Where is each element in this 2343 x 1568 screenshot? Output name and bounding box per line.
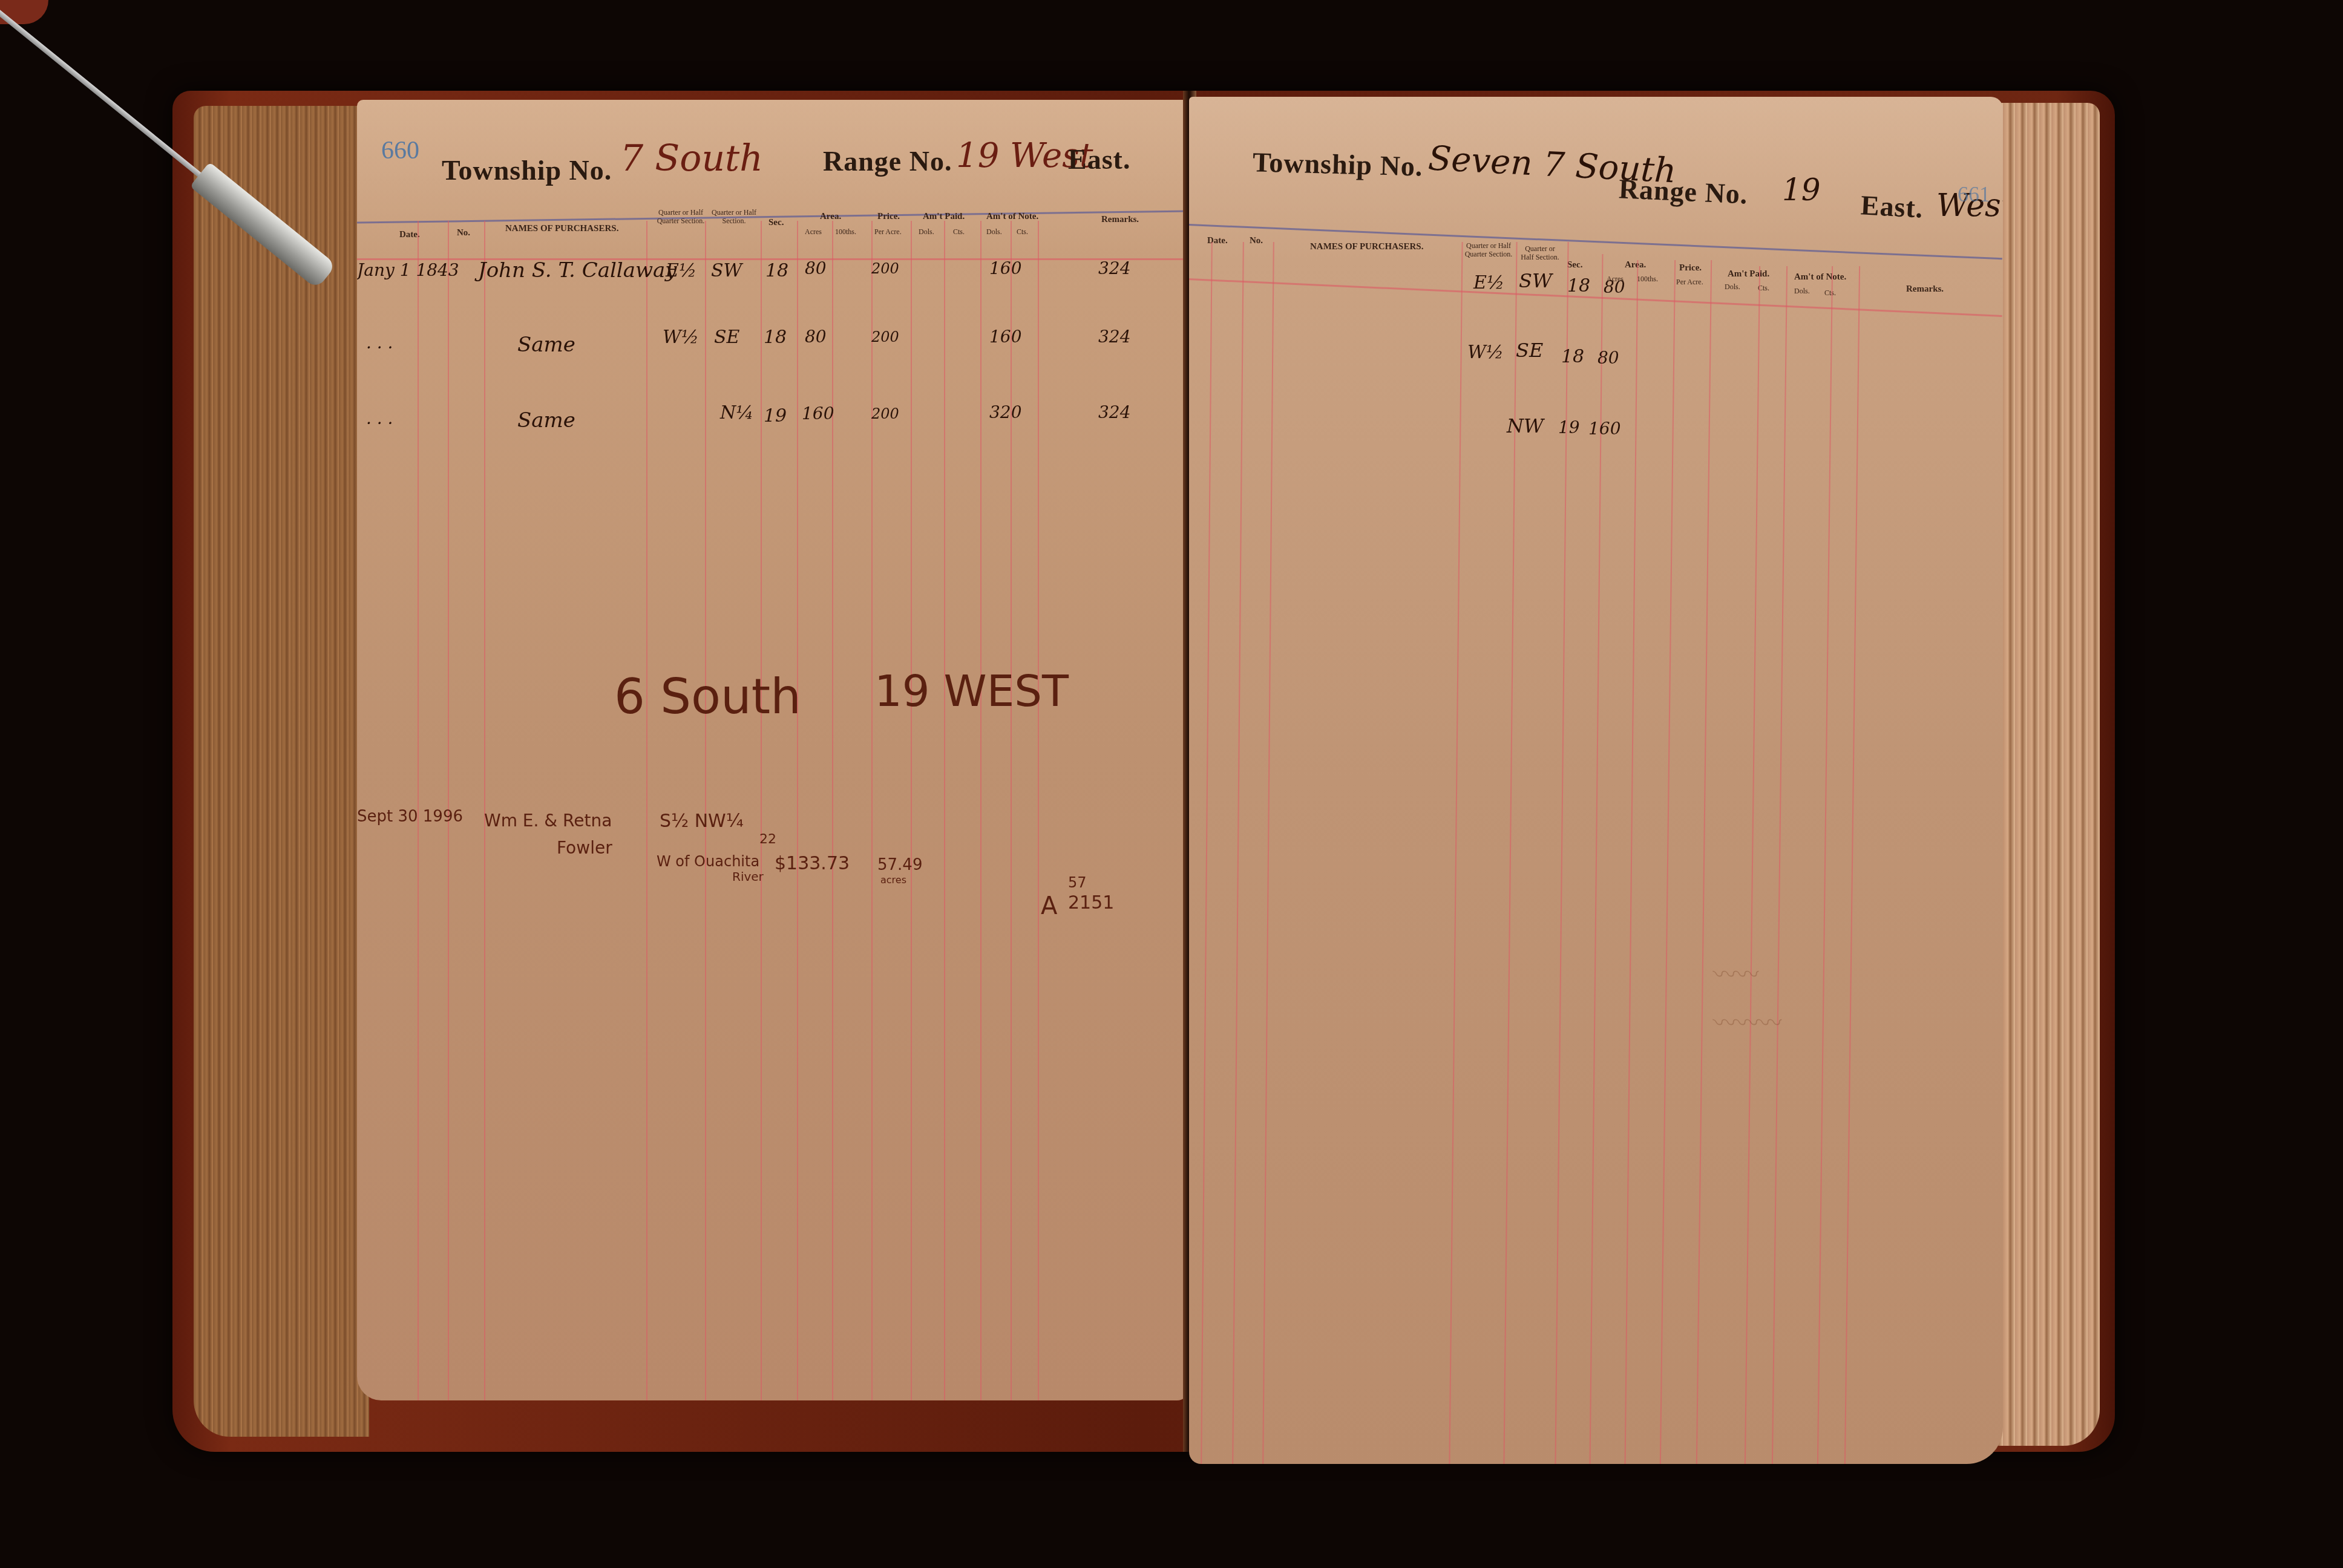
- row-qhq: W½: [663, 327, 699, 348]
- left-page: 660 Township No. 7 South Range No. 19 We…: [357, 100, 1189, 1400]
- township-label: Township No.: [1252, 146, 1423, 182]
- row-note: 320: [989, 402, 1021, 422]
- col-paid-dols: Dols.: [919, 228, 934, 237]
- col-amt-paid: Am't Paid.: [1728, 269, 1769, 279]
- page-number: 660: [381, 136, 419, 165]
- row-price: 200: [871, 405, 899, 422]
- annotation-acres-label: acres: [880, 874, 906, 886]
- row-qh: N¼: [720, 402, 753, 423]
- col-area-acres: Acres: [805, 228, 822, 237]
- row-date: . . .: [366, 408, 393, 428]
- col-area-100ths: 100ths.: [835, 228, 856, 237]
- row-qhq: E½: [666, 260, 696, 281]
- direction-label: East.: [1068, 143, 1130, 175]
- right-page: Township No. Seven 7 South Range No. 19 …: [1189, 97, 2003, 1464]
- col-note-dols: Dols.: [1794, 287, 1810, 296]
- row-qh: SW: [711, 260, 742, 281]
- annotation-name-2: Fowler: [557, 838, 612, 858]
- row-name: Same: [517, 408, 575, 433]
- col-area-100ths: 100ths.: [1637, 275, 1658, 284]
- row-qh: SW: [1519, 269, 1552, 292]
- annotation-range: 19 WEST: [874, 665, 1069, 716]
- col-qhq: Quarter or Half Quarter Section.: [654, 209, 708, 226]
- annotation-ref-prefix: A: [1041, 892, 1057, 920]
- col-qh: Quarter or Half Section.: [710, 209, 758, 226]
- row-acres: 80: [805, 327, 827, 347]
- col-price: Price.: [877, 212, 900, 222]
- col-note-cts: Cts.: [1017, 228, 1028, 237]
- col-date: Date.: [399, 230, 420, 240]
- township-value: 7 South: [620, 137, 763, 180]
- row-name: John S. T. Callaway: [478, 258, 677, 283]
- row-sec: 18: [764, 327, 787, 348]
- annotation-name-1: Wm E. & Retna: [484, 811, 612, 831]
- annotation-acres: 57.49: [877, 856, 922, 874]
- row-acres: 80: [1597, 348, 1619, 368]
- row-note: 160: [989, 327, 1021, 347]
- row-price: 200: [871, 328, 899, 345]
- row-name: Same: [517, 333, 575, 357]
- row-date: Jany 1 1843: [357, 260, 459, 280]
- row-sec: 19: [1558, 417, 1580, 437]
- col-amt-note: Am't of Note.: [1794, 272, 1846, 283]
- col-amt-note: Am't of Note.: [986, 212, 1038, 222]
- annotation-desc-1: W of Ouachita: [657, 853, 759, 870]
- col-remarks: Remarks.: [1101, 215, 1139, 225]
- annotation-amount: $133.73: [775, 853, 850, 874]
- row-sec: 18: [1567, 275, 1590, 296]
- col-qh: Quarter or Half Section.: [1519, 245, 1561, 262]
- row-sec: 19: [764, 405, 787, 426]
- col-area: Area.: [1625, 260, 1646, 270]
- row-sec: 18: [765, 260, 788, 281]
- annotation-tract: S½ NW¼: [660, 811, 744, 832]
- range-value: 19: [1782, 172, 1821, 207]
- col-remarks: Remarks.: [1906, 284, 1944, 295]
- annotation-township: 6 South: [614, 668, 801, 725]
- row-acres: 160: [802, 403, 834, 423]
- col-paid-cts: Cts.: [953, 228, 965, 237]
- col-no: No.: [457, 228, 470, 238]
- col-price-per-acre: Per Acre.: [874, 228, 902, 237]
- row-acres: 80: [805, 258, 827, 278]
- col-price: Price.: [1679, 263, 1702, 273]
- row-date: . . .: [366, 333, 393, 353]
- row-qh: SE: [1516, 339, 1543, 362]
- col-sec: Sec.: [1567, 260, 1582, 270]
- row-note: 160: [989, 258, 1021, 278]
- bleed-through-mark: 〰〰〰: [1715, 1004, 1784, 1037]
- row-remarks: 324: [1098, 327, 1130, 347]
- col-price-per-acre: Per Acre.: [1676, 278, 1703, 287]
- col-area: Area.: [820, 212, 841, 222]
- row-qhq: E½: [1473, 272, 1504, 293]
- annotation-section: 22: [759, 832, 776, 847]
- col-note-cts: Cts.: [1824, 289, 1836, 298]
- col-date: Date.: [1207, 236, 1228, 246]
- range-label: Range No.: [1618, 172, 1749, 210]
- col-names: NAMES OF PURCHASERS.: [505, 224, 618, 234]
- row-qh: NW: [1507, 414, 1544, 437]
- col-sec: Sec.: [768, 218, 784, 228]
- annotation-date: Sept 30 1996: [357, 808, 463, 826]
- row-sec: 18: [1561, 346, 1584, 367]
- township-label: Township No.: [442, 154, 612, 186]
- range-label: Range No.: [823, 145, 952, 177]
- bleed-through-mark: 〰〰: [1715, 956, 1761, 989]
- annotation-ref-top: 57: [1068, 874, 1087, 891]
- row-remarks: 324: [1098, 402, 1130, 422]
- left-page-edges: [194, 106, 369, 1437]
- right-page-edges: [1991, 103, 2100, 1446]
- col-qhq: Quarter or Half Quarter Section.: [1464, 242, 1513, 259]
- col-names: NAMES OF PURCHASERS.: [1310, 242, 1423, 252]
- row-price: 200: [871, 260, 899, 277]
- col-paid-dols: Dols.: [1725, 283, 1740, 292]
- row-acres: 160: [1588, 419, 1620, 439]
- col-no: No.: [1250, 236, 1263, 246]
- direction-label: East.: [1860, 189, 1924, 224]
- row-qhq: W½: [1467, 342, 1504, 363]
- page-number: 661: [1958, 181, 1990, 207]
- row-qh: SE: [714, 327, 739, 348]
- col-note-dols: Dols.: [986, 228, 1002, 237]
- annotation-desc-2: River: [732, 869, 764, 884]
- row-remarks: 324: [1098, 258, 1130, 278]
- row-acres: 80: [1604, 277, 1625, 297]
- annotation-ref-bottom: 2151: [1068, 892, 1114, 913]
- header-bottom-rule: [1189, 278, 2002, 317]
